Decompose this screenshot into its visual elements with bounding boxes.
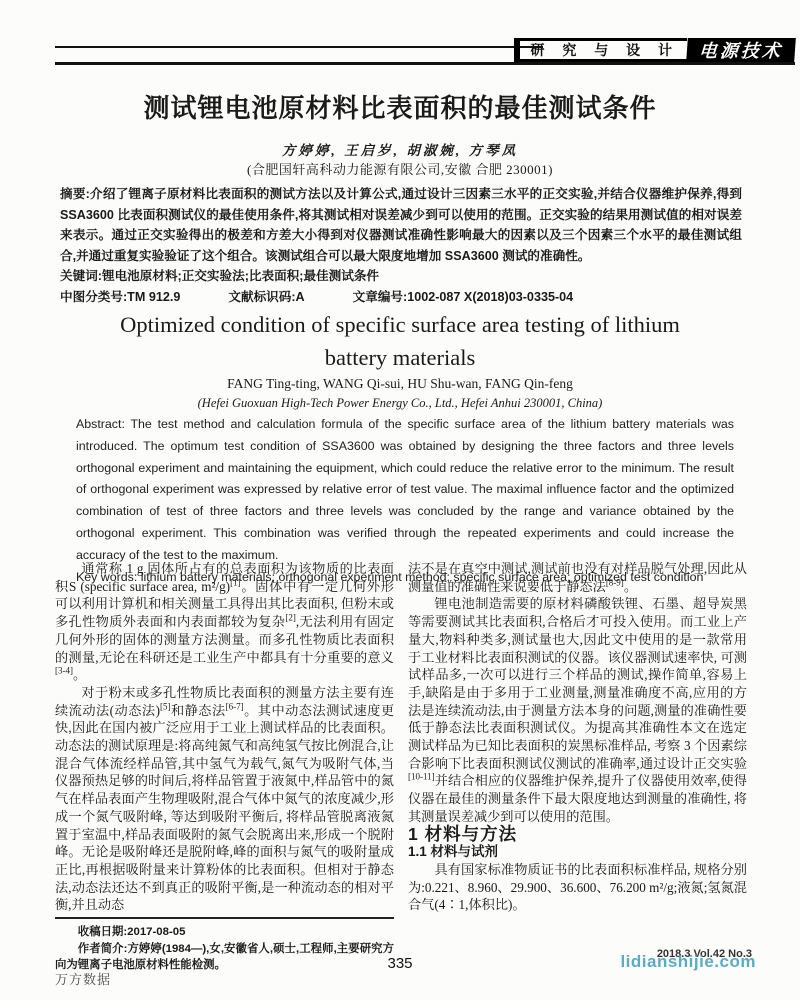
authors-zh: 方婷婷, 王启岁, 胡淑婉, 方琴凤 bbox=[0, 139, 800, 159]
body-paragraph: 锂电池制造需要的原材料磷酸铁锂、石墨、超导炭黑等需要测试其比表面积,合格后才可投… bbox=[408, 595, 747, 825]
section-label: 研 究 与 设 计 bbox=[514, 38, 687, 62]
affiliation-en: (Hefei Guoxuan High-Tech Power Energy Co… bbox=[0, 396, 800, 411]
body-paragraph: 法不是在真空中测试,测试前也没有对样品脱气处理,因此从测量值的准确性来说要低于静… bbox=[408, 560, 747, 595]
header-right-group: 研 究 与 设 计 电源技术 bbox=[514, 38, 795, 62]
left-column: 通常称 1 g 固体所占有的总表面积为该物质的比表面积S (specific s… bbox=[55, 560, 394, 974]
section-heading-1-1: 1.1 材料与试剂 bbox=[408, 843, 747, 861]
document-code: 文献标识码:A bbox=[228, 287, 304, 308]
site-watermark: lidianshijie.com bbox=[620, 952, 756, 972]
body-columns: 通常称 1 g 固体所占有的总表面积为该物质的比表面积S (specific s… bbox=[55, 560, 747, 974]
header-rule-top bbox=[55, 46, 543, 48]
paper-page: 研 究 与 设 计 电源技术 测试锂电池原材料比表面积的最佳测试条件 方婷婷, … bbox=[0, 0, 800, 1000]
clc-line: 中图分类号:TM 912.9 文献标识码:A 文章编号:1002-087 X(2… bbox=[60, 287, 742, 308]
journal-header: 研 究 与 设 计 电源技术 bbox=[55, 38, 795, 62]
article-title-en: Optimized condition of specific surface … bbox=[110, 308, 690, 374]
affiliation-zh: (合肥国轩高科动力能源有限公司,安徽 合肥 230001) bbox=[0, 159, 800, 178]
issue-footer: 2018.3 Vol.42 No.3 lidianshijie.com bbox=[566, 946, 756, 976]
clc-number: 中图分类号:TM 912.9 bbox=[60, 287, 180, 308]
article-id: 文章编号:1002-087 X(2018)03-0335-04 bbox=[353, 287, 574, 308]
section-heading-1: 1 材料与方法 bbox=[408, 826, 747, 844]
received-date: 收稿日期:2017-08-05 bbox=[55, 924, 394, 941]
keywords-zh: 关键词:锂电池原材料;正交实验法;比表面积;最佳测试条件 bbox=[60, 266, 742, 287]
body-paragraph: 通常称 1 g 固体所占有的总表面积为该物质的比表面积S (specific s… bbox=[55, 560, 394, 684]
abstract-en-text: Abstract: The test method and calculatio… bbox=[76, 414, 734, 567]
abstract-zh-text: 摘要:介绍了锂离子原材料比表面积的测试方法以及计算公式,通过设计三因素三水平的正… bbox=[60, 184, 742, 266]
body-paragraph: 对于粉末或多孔性物质比表面积的测量方法主要有连续流动法(动态法)[5]和静态法[… bbox=[55, 684, 394, 914]
header-rule-bottom bbox=[55, 62, 795, 65]
journal-name-logo: 电源技术 bbox=[686, 38, 796, 62]
body-paragraph: 具有国家标准物质证书的比表面积标准样品, 规格分别为:0.221、8.960、2… bbox=[408, 861, 747, 914]
abstract-zh-block: 摘要:介绍了锂离子原材料比表面积的测试方法以及计算公式,通过设计三因素三水平的正… bbox=[60, 184, 742, 308]
article-title-zh: 测试锂电池原材料比表面积的最佳测试条件 bbox=[0, 88, 800, 125]
authors-en: FANG Ting-ting, WANG Qi-sui, HU Shu-wan,… bbox=[0, 376, 800, 392]
right-column: 法不是在真空中测试,测试前也没有对样品脱气处理,因此从测量值的准确性来说要低于静… bbox=[408, 560, 747, 974]
article-title-en-wrap: Optimized condition of specific surface … bbox=[0, 308, 800, 374]
